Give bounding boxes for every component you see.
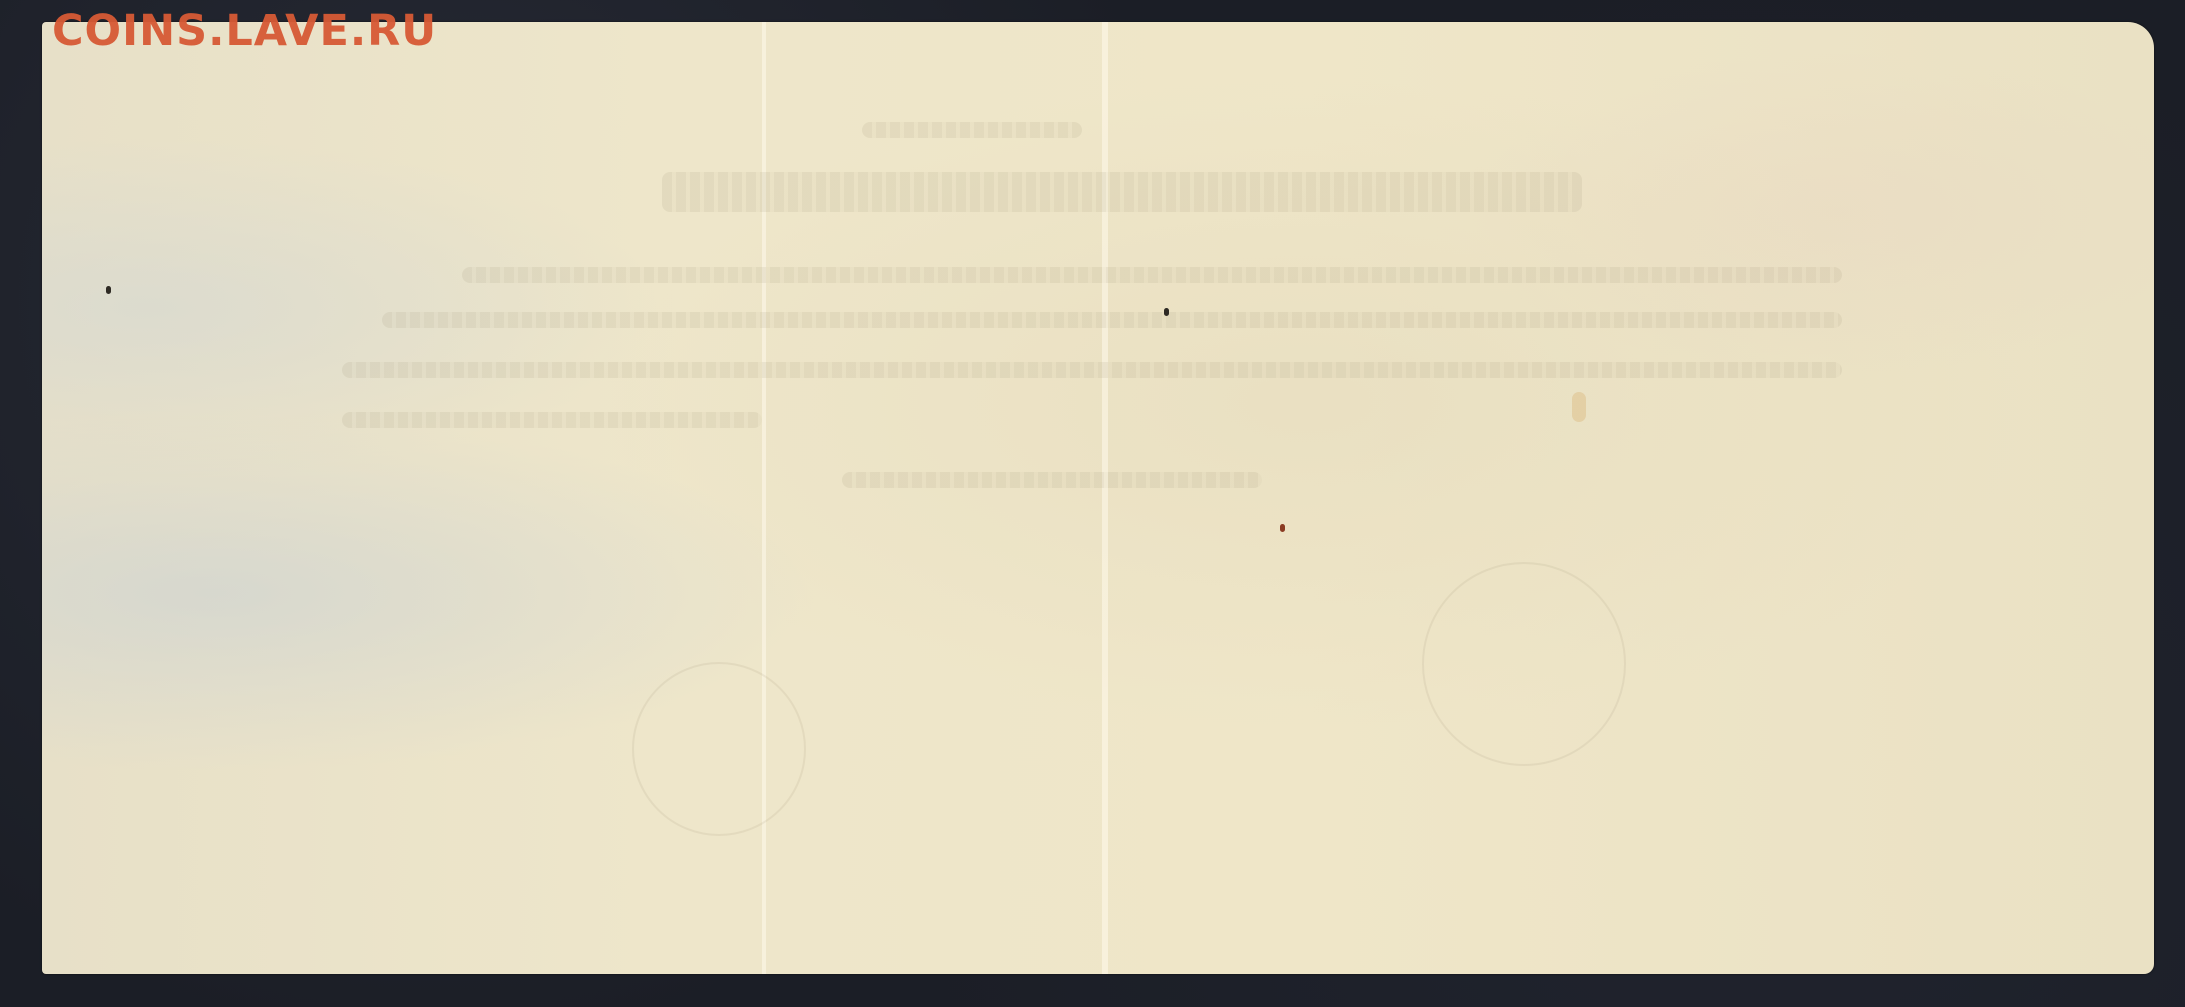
show-through-text — [862, 122, 1082, 138]
fold-line — [1102, 22, 1108, 974]
show-through-seal — [1422, 562, 1626, 766]
banknote-reverse — [42, 22, 2154, 974]
show-through-text — [342, 412, 762, 428]
fold-line — [762, 22, 766, 974]
show-through-text — [662, 172, 1582, 212]
show-through-text — [342, 362, 1842, 378]
paper-spot — [106, 286, 111, 294]
paper-stain — [1572, 392, 1586, 422]
paper-spot — [1164, 308, 1169, 316]
paper-spot — [1280, 524, 1285, 532]
show-through-text — [382, 312, 1842, 328]
show-through-seal — [632, 662, 806, 836]
show-through-text — [842, 472, 1262, 488]
show-through-text — [462, 267, 1842, 283]
site-watermark: COINS.LAVE.RU — [52, 6, 437, 56]
